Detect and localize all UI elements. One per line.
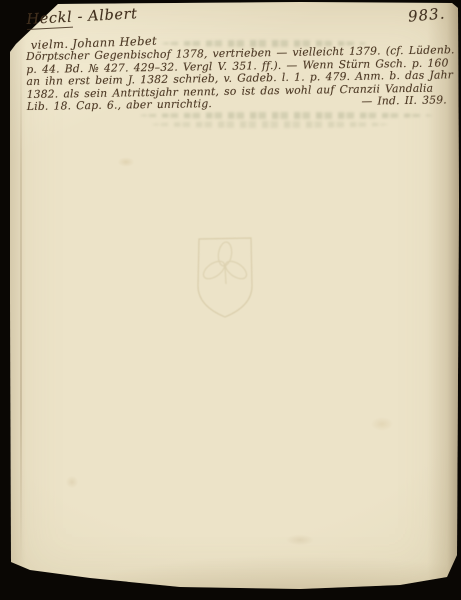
bleed-through-text	[162, 40, 367, 47]
scanned-manuscript-page: 983. Heckl - Albert vielm. Johann Hebet …	[0, 0, 461, 600]
page-number: 983.	[407, 4, 446, 25]
shield-trefoil-icon	[190, 232, 260, 324]
binding-crease	[20, 46, 22, 562]
bleed-through-text	[140, 112, 432, 119]
entry-body: Dörptscher Gegenbischof 1378, vertrieben…	[26, 44, 453, 114]
bleed-through-text	[152, 121, 388, 128]
heading-name-rest: - Albert	[77, 6, 138, 25]
heading-name-underlined: Heckl	[26, 10, 73, 30]
reference-citation: — Ind. II. 359.	[361, 95, 447, 109]
